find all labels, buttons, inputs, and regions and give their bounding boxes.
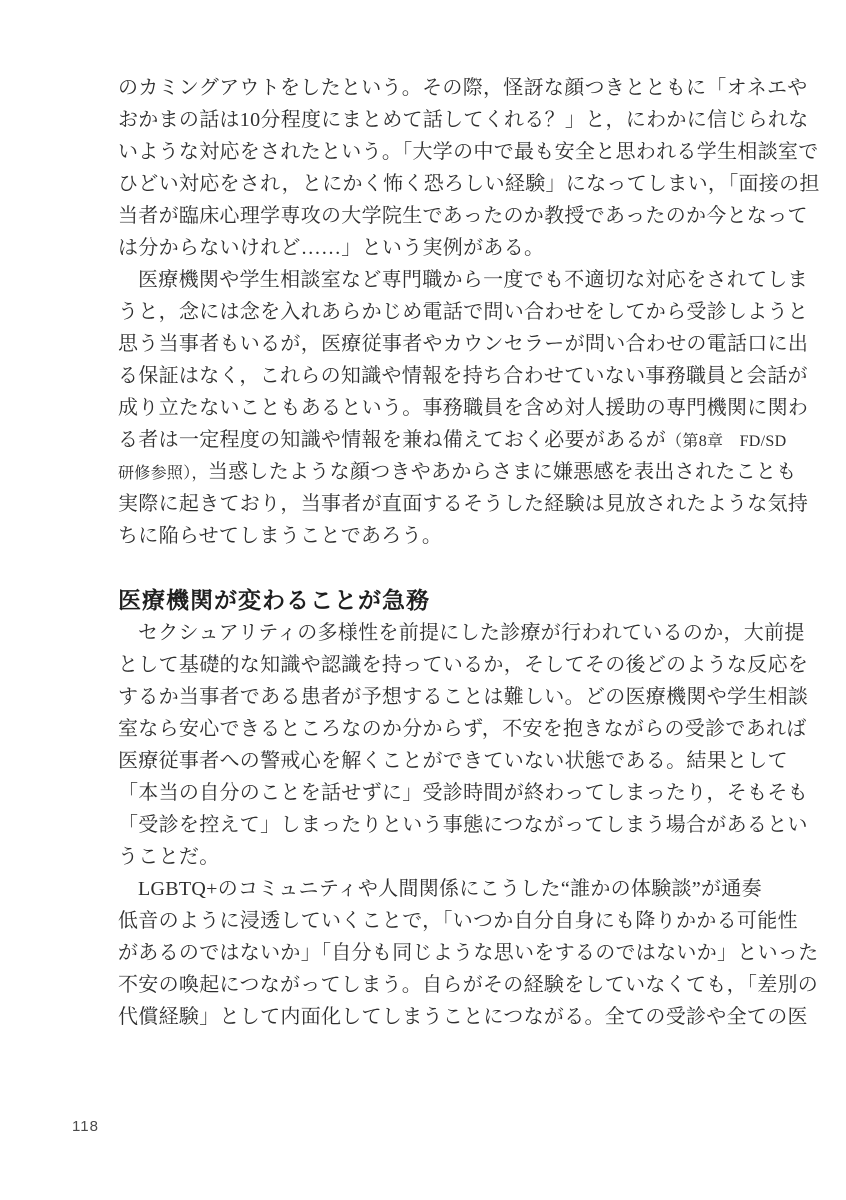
body-text: 代償経験」として内面化してしまうことにつながる。全ての受診や全ての医	[118, 1006, 808, 1028]
body-text: 医療機関や学生相談室など専門職から一度でも不適切な対応をされてしま	[138, 269, 808, 291]
body-text: は分からないけれど……」という実例がある。	[118, 237, 544, 259]
body-text: 医療従事者への警戒心を解くことができていない状態である。結果として	[118, 750, 788, 772]
body-text: 「本当の自分のことを話せずに」受診時間が終わってしまったり，そもそも	[118, 782, 808, 804]
text-line: る保証はなく，これらの知識や情報を持ち合わせていない事務職員と会話が	[118, 360, 746, 392]
book-page: のカミングアウトをしたという。その際，怪訝な顔つきとともに「オネエやおかまの話は…	[0, 0, 846, 1200]
page-number: 118	[72, 1118, 99, 1135]
text-line: セクシュアリティの多様性を前提にした診療が行われているのか，大前提	[118, 617, 746, 649]
body-text: セクシュアリティの多様性を前提にした診療が行われているのか，大前提	[138, 622, 805, 644]
body-text: するか当事者である患者が予想することは難しい。どの医療機関や学生相談	[118, 686, 808, 708]
body-text: 不安の喚起につながってしまう。自らがその経験をしていなくても，「差別の	[118, 974, 818, 996]
text-line: おかまの話は10分程度にまとめて話してくれる？」と，にわかに信じられな	[118, 104, 746, 136]
body-text: いような対応をされたという。「大学の中で最も安全と思われる学生相談室で	[118, 141, 819, 163]
body-text: 低音のように浸透していくことで，「いつか自分自身にも降りかかる可能性	[118, 910, 798, 932]
body-text: 室なら安心できるところなのか分からず，不安を抱きながらの受診であれば	[118, 718, 807, 740]
text-line: 成り立たないこともあるという。事務職員を含め対人援助の専門機関に関わ	[118, 392, 746, 424]
body-text: LGBTQ+のコミュニティや人間関係にこうした“誰かの体験談”が通奏	[138, 878, 762, 900]
text-line: 研修参照），当惑したような顔つきやあからさまに嫌悪感を表出されたことも	[118, 456, 746, 488]
section-heading: 医療機関が変わることが急務	[118, 583, 746, 617]
text-line: 不安の喚起につながってしまう。自らがその経験をしていなくても，「差別の	[118, 969, 746, 1001]
text-line: があるのではないか」「自分も同じような思いをするのではないか」といった	[118, 937, 746, 969]
paragraph: のカミングアウトをしたという。その際，怪訝な顔つきとともに「オネエやおかまの話は…	[118, 72, 746, 264]
body-text: うと，念には念を入れあらかじめ電話で問い合わせをしてから受診しようと	[118, 301, 808, 323]
body-text: 「受診を控えて」しまったりという事態につながってしまう場合があるとい	[118, 814, 808, 836]
text-line: ちに陥らせてしまうことであろう。	[118, 520, 746, 552]
body-text: 実際に起きており，当事者が直面するそうした経験は見放されたような気持	[118, 493, 808, 515]
body-text: として基礎的な知識や認識を持っているか，そしてその後どのような反応を	[118, 654, 808, 676]
body-text: 当惑したような顔つきやあからさまに嫌悪感を表出されたことも	[208, 461, 797, 483]
text-line: LGBTQ+のコミュニティや人間関係にこうした“誰かの体験談”が通奏	[118, 873, 746, 905]
body-text: る保証はなく，これらの知識や情報を持ち合わせていない事務職員と会話が	[118, 365, 808, 387]
text-line: うと，念には念を入れあらかじめ電話で問い合わせをしてから受診しようと	[118, 296, 746, 328]
text-line: 医療機関や学生相談室など専門職から一度でも不適切な対応をされてしま	[118, 264, 746, 296]
body-text: る者は一定程度の知識や情報を兼ね備えておく必要があるが	[118, 429, 666, 451]
body-text: ちに陥らせてしまうことであろう。	[118, 525, 442, 547]
text-line: ひどい対応をされ，とにかく怖く恐ろしい経験」になってしまい，「面接の担	[118, 168, 746, 200]
text-line: のカミングアウトをしたという。その際，怪訝な顔つきとともに「オネエや	[118, 72, 746, 104]
text-line: 代償経験」として内面化してしまうことにつながる。全ての受診や全ての医	[118, 1001, 746, 1033]
text-line: 医療従事者への警戒心を解くことができていない状態である。結果として	[118, 745, 746, 777]
text-line: 低音のように浸透していくことで，「いつか自分自身にも降りかかる可能性	[118, 905, 746, 937]
paragraph: 医療機関や学生相談室など専門職から一度でも不適切な対応をされてしまうと，念には念…	[118, 264, 746, 552]
body-text: があるのではないか」「自分も同じような思いをするのではないか」といった	[118, 942, 819, 964]
small-print-text: 研修参照），	[118, 465, 208, 482]
text-line: 思う当事者もいるが，医療従事者やカウンセラーが問い合わせの電話口に出	[118, 328, 746, 360]
text-line: 実際に起きており，当事者が直面するそうした経験は見放されたような気持	[118, 488, 746, 520]
body-text: うことだ。	[118, 846, 220, 868]
body-text: 思う当事者もいるが，医療従事者やカウンセラーが問い合わせの電話口に出	[118, 333, 808, 355]
text-line: 室なら安心できるところなのか分からず，不安を抱きながらの受診であれば	[118, 713, 746, 745]
body-text: おかまの話は10分程度にまとめて話してくれる？」と，にわかに信じられな	[118, 109, 809, 131]
body-text: のカミングアウトをしたという。その際，怪訝な顔つきとともに「オネエや	[118, 77, 808, 99]
text-line: 「受診を控えて」しまったりという事態につながってしまう場合があるとい	[118, 809, 746, 841]
text-line: 当者が臨床心理学専攻の大学院生であったのか教授であったのか今となって	[118, 200, 746, 232]
small-print-text: （第8章 FD/SD	[666, 433, 786, 450]
body-text: 当者が臨床心理学専攻の大学院生であったのか教授であったのか今となって	[118, 205, 808, 227]
text-line: するか当事者である患者が予想することは難しい。どの医療機関や学生相談	[118, 681, 746, 713]
text-line: る者は一定程度の知識や情報を兼ね備えておく必要があるが（第8章 FD/SD	[118, 424, 746, 456]
body-text: ひどい対応をされ，とにかく怖く恐ろしい経験」になってしまい，「面接の担	[118, 173, 820, 195]
body-text: 成り立たないこともあるという。事務職員を含め対人援助の専門機関に関わ	[118, 397, 808, 419]
text-line: いような対応をされたという。「大学の中で最も安全と思われる学生相談室で	[118, 136, 746, 168]
text-line: うことだ。	[118, 841, 746, 873]
text-block: のカミングアウトをしたという。その際，怪訝な顔つきとともに「オネエやおかまの話は…	[118, 72, 746, 1033]
paragraph: セクシュアリティの多様性を前提にした診療が行われているのか，大前提として基礎的な…	[118, 617, 746, 873]
text-line: は分からないけれど……」という実例がある。	[118, 232, 746, 264]
paragraph: LGBTQ+のコミュニティや人間関係にこうした“誰かの体験談”が通奏低音のように…	[118, 873, 746, 1033]
text-line: として基礎的な知識や認識を持っているか，そしてその後どのような反応を	[118, 649, 746, 681]
text-line: 「本当の自分のことを話せずに」受診時間が終わってしまったり，そもそも	[118, 777, 746, 809]
